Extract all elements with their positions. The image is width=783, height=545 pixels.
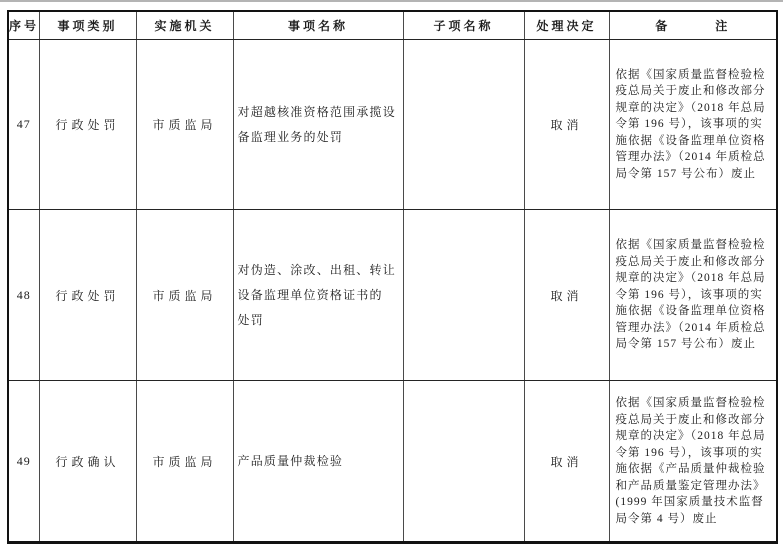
cell-category: 行政处罚 xyxy=(39,210,136,381)
cell-seq: 47 xyxy=(8,40,39,210)
header-item-name: 事项名称 xyxy=(233,11,403,40)
cell-remark: 依据《国家质量监督检验检 疫总局关于废止和修改部分 规章的决定》（2018 年总… xyxy=(609,381,777,543)
cell-remark: 依据《国家质量监督检验检 疫总局关于废止和修改部分 规章的决定》（2018 年总… xyxy=(609,210,777,381)
table-row-49: 49 行政确认 市质监局 产品质量仲裁检验 取消 依据《国家质量监督检验检 疫总… xyxy=(8,381,777,543)
table-header-row: 序号 事项类别 实施机关 事项名称 子项名称 处理决定 备 注 xyxy=(8,11,777,40)
cell-item-name: 对超越核准资格范围承揽设 备监理业务的处罚 xyxy=(233,40,403,210)
cell-seq: 49 xyxy=(8,381,39,543)
cell-category: 行政确认 xyxy=(39,381,136,543)
table-row-47: 47 行政处罚 市质监局 对超越核准资格范围承揽设 备监理业务的处罚 取消 依据… xyxy=(8,40,777,210)
header-decision: 处理决定 xyxy=(524,11,609,40)
cell-agency: 市质监局 xyxy=(136,381,233,543)
cell-decision: 取消 xyxy=(524,40,609,210)
cell-sub-item xyxy=(403,381,524,543)
header-remark: 备 注 xyxy=(609,11,777,40)
cell-sub-item xyxy=(403,210,524,381)
cell-item-name: 产品质量仲裁检验 xyxy=(233,381,403,543)
header-sub-item: 子项名称 xyxy=(403,11,524,40)
table-row-48: 48 行政处罚 市质监局 对伪造、涂改、出租、转让 设备监理单位资格证书的 处罚… xyxy=(8,210,777,381)
cell-item-name: 对伪造、涂改、出租、转让 设备监理单位资格证书的 处罚 xyxy=(233,210,403,381)
cell-sub-item xyxy=(403,40,524,210)
header-seq: 序号 xyxy=(8,11,39,40)
cell-decision: 取消 xyxy=(524,381,609,543)
cell-seq: 48 xyxy=(8,210,39,381)
cell-remark: 依据《国家质量监督检验检 疫总局关于废止和修改部分 规章的决定》（2018 年总… xyxy=(609,40,777,210)
scan-artifact-line xyxy=(0,0,783,2)
cell-agency: 市质监局 xyxy=(136,210,233,381)
header-agency: 实施机关 xyxy=(136,11,233,40)
cell-category: 行政处罚 xyxy=(39,40,136,210)
header-category: 事项类别 xyxy=(39,11,136,40)
administrative-items-table: 序号 事项类别 实施机关 事项名称 子项名称 处理决定 备 注 47 行政处罚 … xyxy=(7,10,778,544)
cell-agency: 市质监局 xyxy=(136,40,233,210)
cell-decision: 取消 xyxy=(524,210,609,381)
